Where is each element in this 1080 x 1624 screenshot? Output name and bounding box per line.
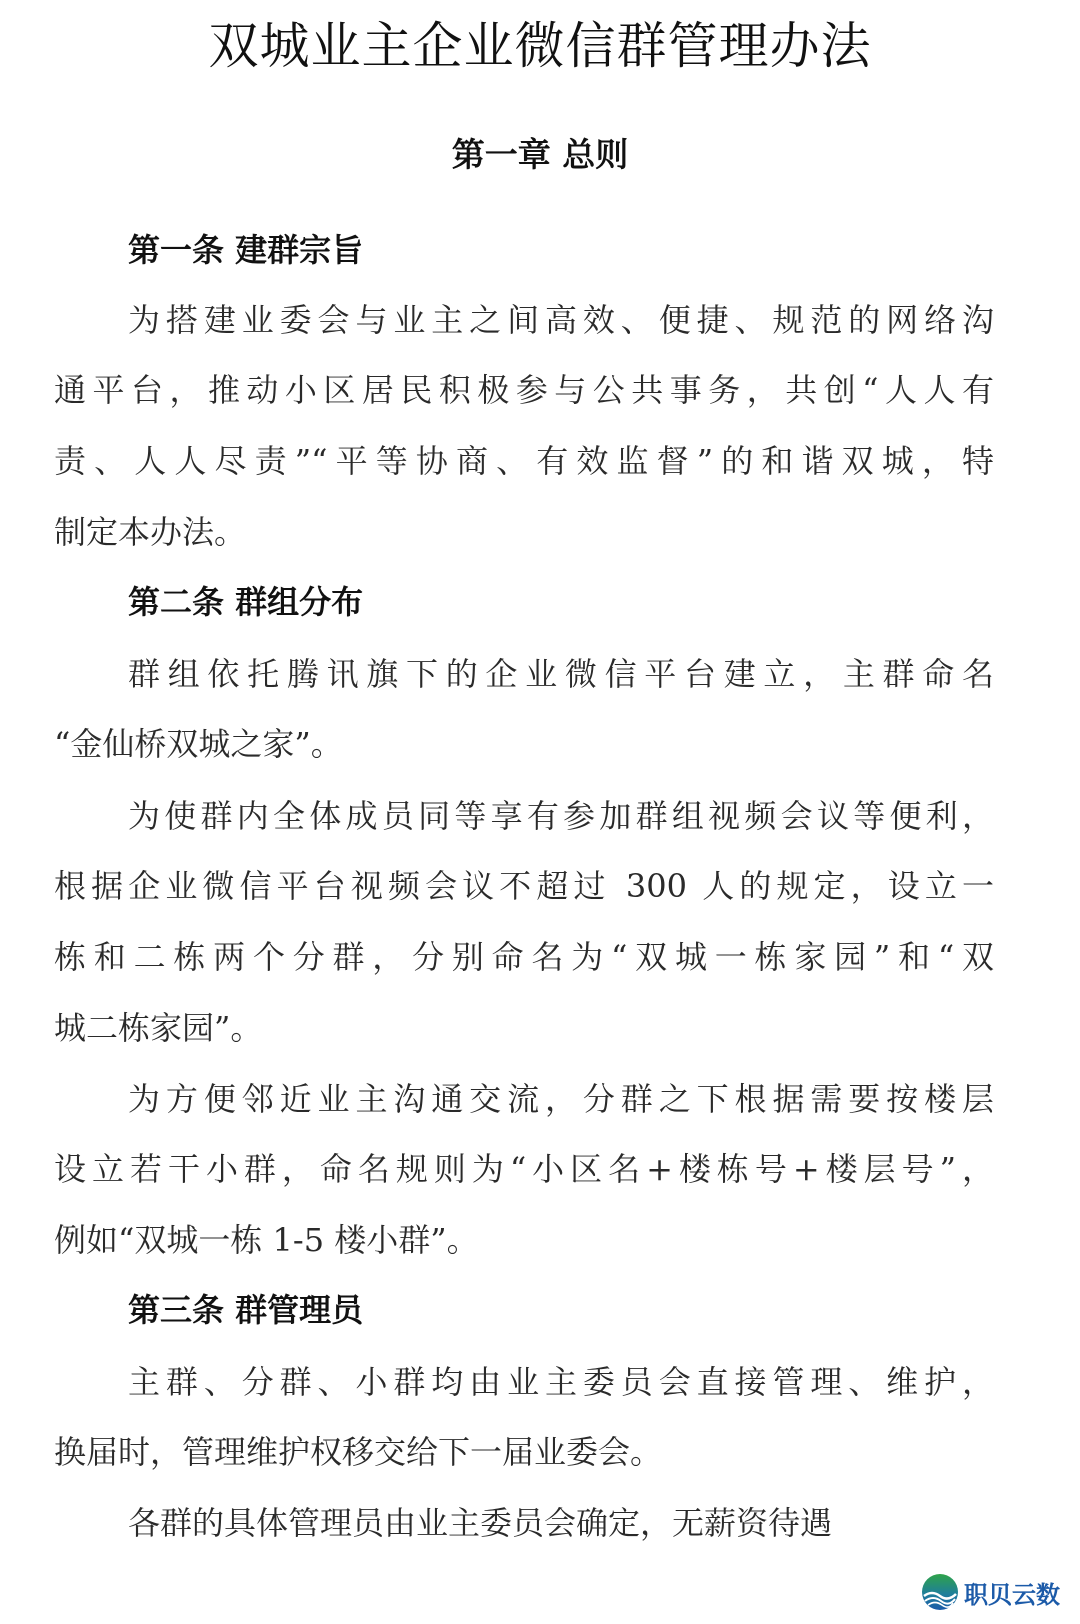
paragraph-line: 例如“双城一栋 1-5 楼小群”。 <box>54 1216 994 1264</box>
paragraph-line: 为方便邻近业主沟通交流，分群之下根据需要按楼层 <box>128 1075 994 1123</box>
wave-globe-logo-icon <box>920 1572 960 1612</box>
paragraph-line: 群组依托腾讯旗下的企业微信平台建立，主群命名 <box>128 650 994 698</box>
paragraph-line: 各群的具体管理员由业主委员会确定，无薪资待遇 <box>128 1499 994 1547</box>
paragraph-line: 主群、分群、小群均由业主委员会直接管理、维护， <box>128 1358 994 1406</box>
paragraph-line: 为搭建业委会与业主之间高效、便捷、规范的网络沟 <box>128 296 994 344</box>
paragraph-line: 栋和二栋两个分群，分别命名为“双城一栋家园”和“双 <box>54 933 994 981</box>
paragraph-line: 通平台，推动小区居民积极参与公共事务，共创“人人有 <box>54 366 994 414</box>
article-3-heading: 第三条 群管理员 <box>128 1286 363 1334</box>
paragraph-line: 设立若干小群，命名规则为“小区名+楼栋号+楼层号”， <box>54 1145 994 1193</box>
chapter-heading: 第一章 总则 <box>0 130 1080 180</box>
document-title: 双城业主企业微信群管理办法 <box>0 14 1080 78</box>
paragraph-line: 换届时，管理维护权移交给下一届业委会。 <box>54 1428 994 1476</box>
paragraph-line: 根据企业微信平台视频会议不超过 300 人的规定，设立一 <box>54 862 994 910</box>
watermark: 职贝云数 <box>920 1570 1060 1614</box>
paragraph-line: 城二栋家园”。 <box>54 1004 994 1052</box>
paragraph-line: 制定本办法。 <box>54 508 994 556</box>
watermark-text: 职贝云数 <box>964 1575 1060 1610</box>
paragraph-line: “金仙桥双城之家”。 <box>54 720 994 768</box>
document-page: 双城业主企业微信群管理办法 第一章 总则 第一条 建群宗旨 为搭建业委会与业主之… <box>0 0 1080 1624</box>
article-2-heading: 第二条 群组分布 <box>128 578 363 626</box>
paragraph-line: 为使群内全体成员同等享有参加群组视频会议等便利， <box>128 792 994 840</box>
article-1-heading: 第一条 建群宗旨 <box>128 226 363 274</box>
paragraph-line: 责、人人尽责”“平等协商、有效监督”的和谐双城，特 <box>54 437 994 485</box>
